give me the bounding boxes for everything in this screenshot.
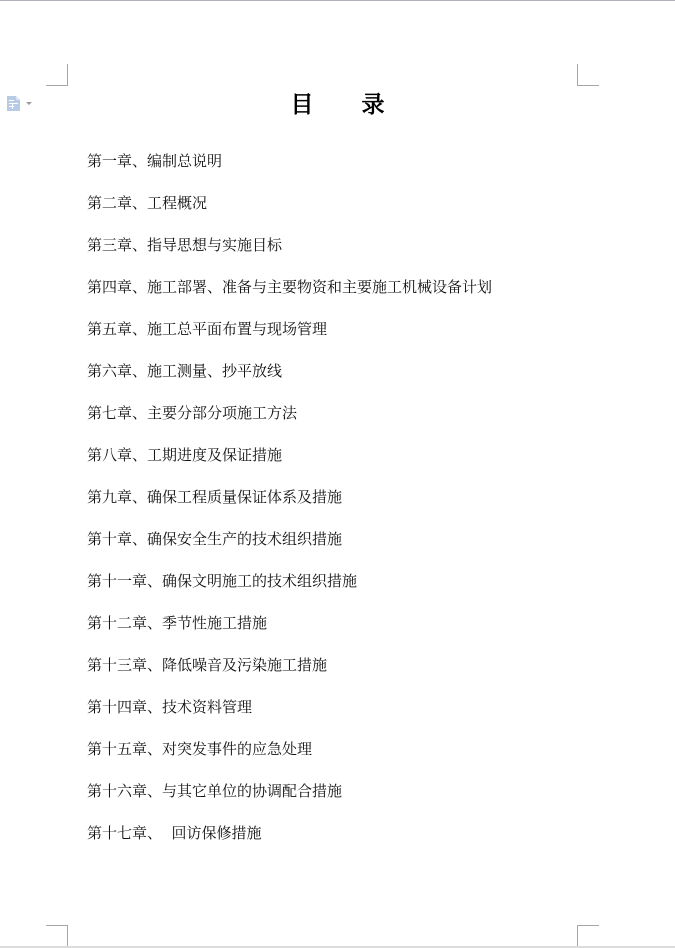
toc-entry-13[interactable]: 第十三章、降低噪音及污染施工措施 <box>87 654 492 696</box>
margin-corner-top-right <box>577 64 599 86</box>
page-top-border <box>0 0 675 1</box>
toc-entry-1[interactable]: 第一章、编制总说明 <box>87 150 492 192</box>
toc-entry-17[interactable]: 第十七章、 回访保修措施 <box>87 822 492 864</box>
margin-corner-bottom-left <box>46 925 68 948</box>
title-char-1: 目 <box>291 86 314 119</box>
toc-entry-12[interactable]: 第十二章、季节性施工措施 <box>87 612 492 654</box>
toc-entry-5[interactable]: 第五章、施工总平面布置与现场管理 <box>87 318 492 360</box>
toc-entry-7[interactable]: 第七章、主要分部分项施工方法 <box>87 402 492 444</box>
toc-entry-10[interactable]: 第十章、确保安全生产的技术组织措施 <box>87 528 492 570</box>
toc-entry-8[interactable]: 第八章、工期进度及保证措施 <box>87 444 492 486</box>
table-of-contents: 第一章、编制总说明 第二章、工程概况 第三章、指导思想与实施目标 第四章、施工部… <box>87 150 492 864</box>
title-char-2: 录 <box>362 86 385 119</box>
toc-entry-16[interactable]: 第十六章、与其它单位的协调配合措施 <box>87 780 492 822</box>
toc-entry-15[interactable]: 第十五章、对突发事件的应急处理 <box>87 738 492 780</box>
page-title: 目录 <box>0 86 675 119</box>
toc-entry-14[interactable]: 第十四章、技术资料管理 <box>87 696 492 738</box>
toc-entry-4[interactable]: 第四章、施工部署、准备与主要物资和主要施工机械设备计划 <box>87 276 492 318</box>
toc-entry-3[interactable]: 第三章、指导思想与实施目标 <box>87 234 492 276</box>
margin-corner-bottom-right <box>577 925 599 948</box>
toc-entry-6[interactable]: 第六章、施工测量、抄平放线 <box>87 360 492 402</box>
toc-entry-11[interactable]: 第十一章、确保文明施工的技术组织措施 <box>87 570 492 612</box>
margin-corner-top-left <box>46 64 68 86</box>
toc-entry-9[interactable]: 第九章、确保工程质量保证体系及措施 <box>87 486 492 528</box>
toc-entry-2[interactable]: 第二章、工程概况 <box>87 192 492 234</box>
